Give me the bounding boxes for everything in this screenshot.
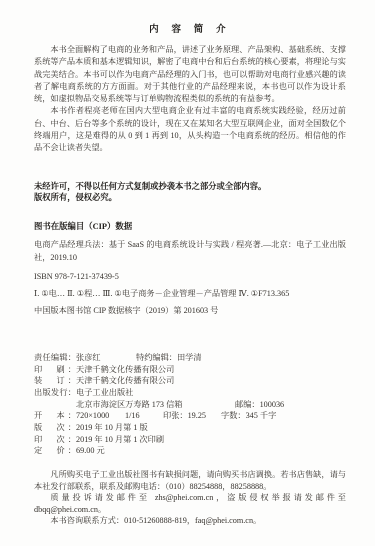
row-impression: 印 次：2019 年 10 月第 1 次印刷 <box>34 434 346 446</box>
copyright-page: 内 容 简 介 本书全面解构了电商的业务和产品，讲述了业务原理、产品架构、基础系… <box>0 0 375 546</box>
publisher-address: 北京市海淀区万寿路 173 信箱 <box>76 400 182 409</box>
special-editor-label: 特约编辑： <box>136 353 177 362</box>
intro-paragraph-1: 本书全面解构了电商的业务和产品，讲述了业务原理、产品架构、基础系统、支撑系统等产… <box>34 44 346 105</box>
binder-name: 天津千鹤文化传播有限公司 <box>76 376 174 385</box>
publisher-name: 电子工业出版社 <box>76 388 133 397</box>
format-value: 720×1000 <box>76 411 109 420</box>
row-format: 开 本：720×1000 1/16 印张：19.25 字数：345 千字 <box>34 410 346 422</box>
row-address: 北京市海淀区万寿路 173 信箱 邮编：100036 <box>34 399 346 411</box>
special-editor: 特约编辑：田学清 <box>136 352 202 364</box>
cip-heading: 图书在版编目（CIP）数据 <box>34 221 346 233</box>
binder-label: 装 订： <box>34 375 76 387</box>
row-price: 定 价：69.00 元 <box>34 445 346 457</box>
cip-record-number: 中国版本图书馆 CIP 数据核字（2019）第 201603 号 <box>34 305 346 317</box>
colophon-block: 责任编辑：张彦红 特约编辑：田学清 印 刷：天津千鹤文化传播有限公司 装 订：天… <box>34 352 346 457</box>
printer-name: 天津千鹤文化传播有限公司 <box>76 365 174 374</box>
word-count-value: 345 千字 <box>246 411 277 420</box>
cip-classification: Ⅰ. ①电… Ⅱ. ①程… Ⅲ. ①电子商务－企业管理－产品管理 Ⅳ. ①F71… <box>34 288 346 300</box>
row-edition: 版 次：2019 年 10 月第 1 版 <box>34 422 346 434</box>
format-label: 开 本： <box>34 410 76 422</box>
section-title: 内 容 简 介 <box>34 21 346 35</box>
copyright-notice-line2: 版权所有，侵权必究。 <box>34 192 346 204</box>
word-count-label: 字数： <box>221 411 246 420</box>
sheets: 印张：19.25 <box>163 410 206 422</box>
special-editor-name: 田学清 <box>177 353 202 362</box>
editor-label: 责任编辑： <box>34 352 76 364</box>
postcode: 邮编：100036 <box>235 399 284 411</box>
postcode-value: 100036 <box>260 400 285 409</box>
edition-label: 版 次： <box>34 422 76 434</box>
postcode-label: 邮编： <box>235 400 260 409</box>
editor-name: 张彦红 <box>76 353 101 362</box>
isbn-number: ISBN 978-7-121-37439-5 <box>34 271 346 283</box>
price-value: 69.00 元 <box>76 446 105 455</box>
row-publisher: 出版发行：电子工业出版社 <box>34 387 346 399</box>
consult-note: 本书咨询联系方式：010-51260888-819，faq@phei.com.c… <box>34 515 346 527</box>
copyright-notice-line1: 未经许可，不得以任何方式复制或抄袭本书之部分或全部内容。 <box>34 181 346 193</box>
publisher-label: 出版发行： <box>34 387 76 399</box>
cip-entry: 电商产品经理兵法：基于 SaaS 的电商系统设计与实践 / 程亮著.—北京：电子… <box>34 239 346 264</box>
complaints-note: 质量投诉请发邮件至 zhs@phei.com.cn，盗版侵权举报请发邮件至 db… <box>34 492 346 515</box>
impression-label: 印 次： <box>34 434 76 446</box>
sheets-label: 印张： <box>163 411 188 420</box>
impression-value: 2019 年 10 月第 1 次印刷 <box>76 435 164 444</box>
price-label: 定 价： <box>34 445 76 457</box>
format-fraction: 1/16 <box>125 410 140 422</box>
copyright-notice: 未经许可，不得以任何方式复制或抄袭本书之部分或全部内容。 版权所有，侵权必究。 <box>34 181 346 205</box>
exchange-note: 凡所购买电子工业出版社图书有缺损问题，请向购买书店调换。若书店售缺，请与本社发行… <box>34 469 346 492</box>
edition-value: 2019 年 10 月第 1 版 <box>76 423 148 432</box>
word-count: 字数：345 千字 <box>221 410 276 422</box>
row-printer: 印 刷：天津千鹤文化传播有限公司 <box>34 364 346 376</box>
row-editors: 责任编辑：张彦红 特约编辑：田学清 <box>34 352 346 364</box>
sheets-value: 19.25 <box>188 411 206 420</box>
row-binder: 装 订：天津千鹤文化传播有限公司 <box>34 375 346 387</box>
intro-paragraph-2: 本书作者程亮老师在国内大型电商企业有过丰富的电商系统实践经验，经历过前台、中台、… <box>34 105 346 154</box>
service-notes: 凡所购买电子工业出版社图书有缺损问题，请向购买书店调换。若书店售缺，请与本社发行… <box>34 469 346 527</box>
printer-label: 印 刷： <box>34 364 76 376</box>
